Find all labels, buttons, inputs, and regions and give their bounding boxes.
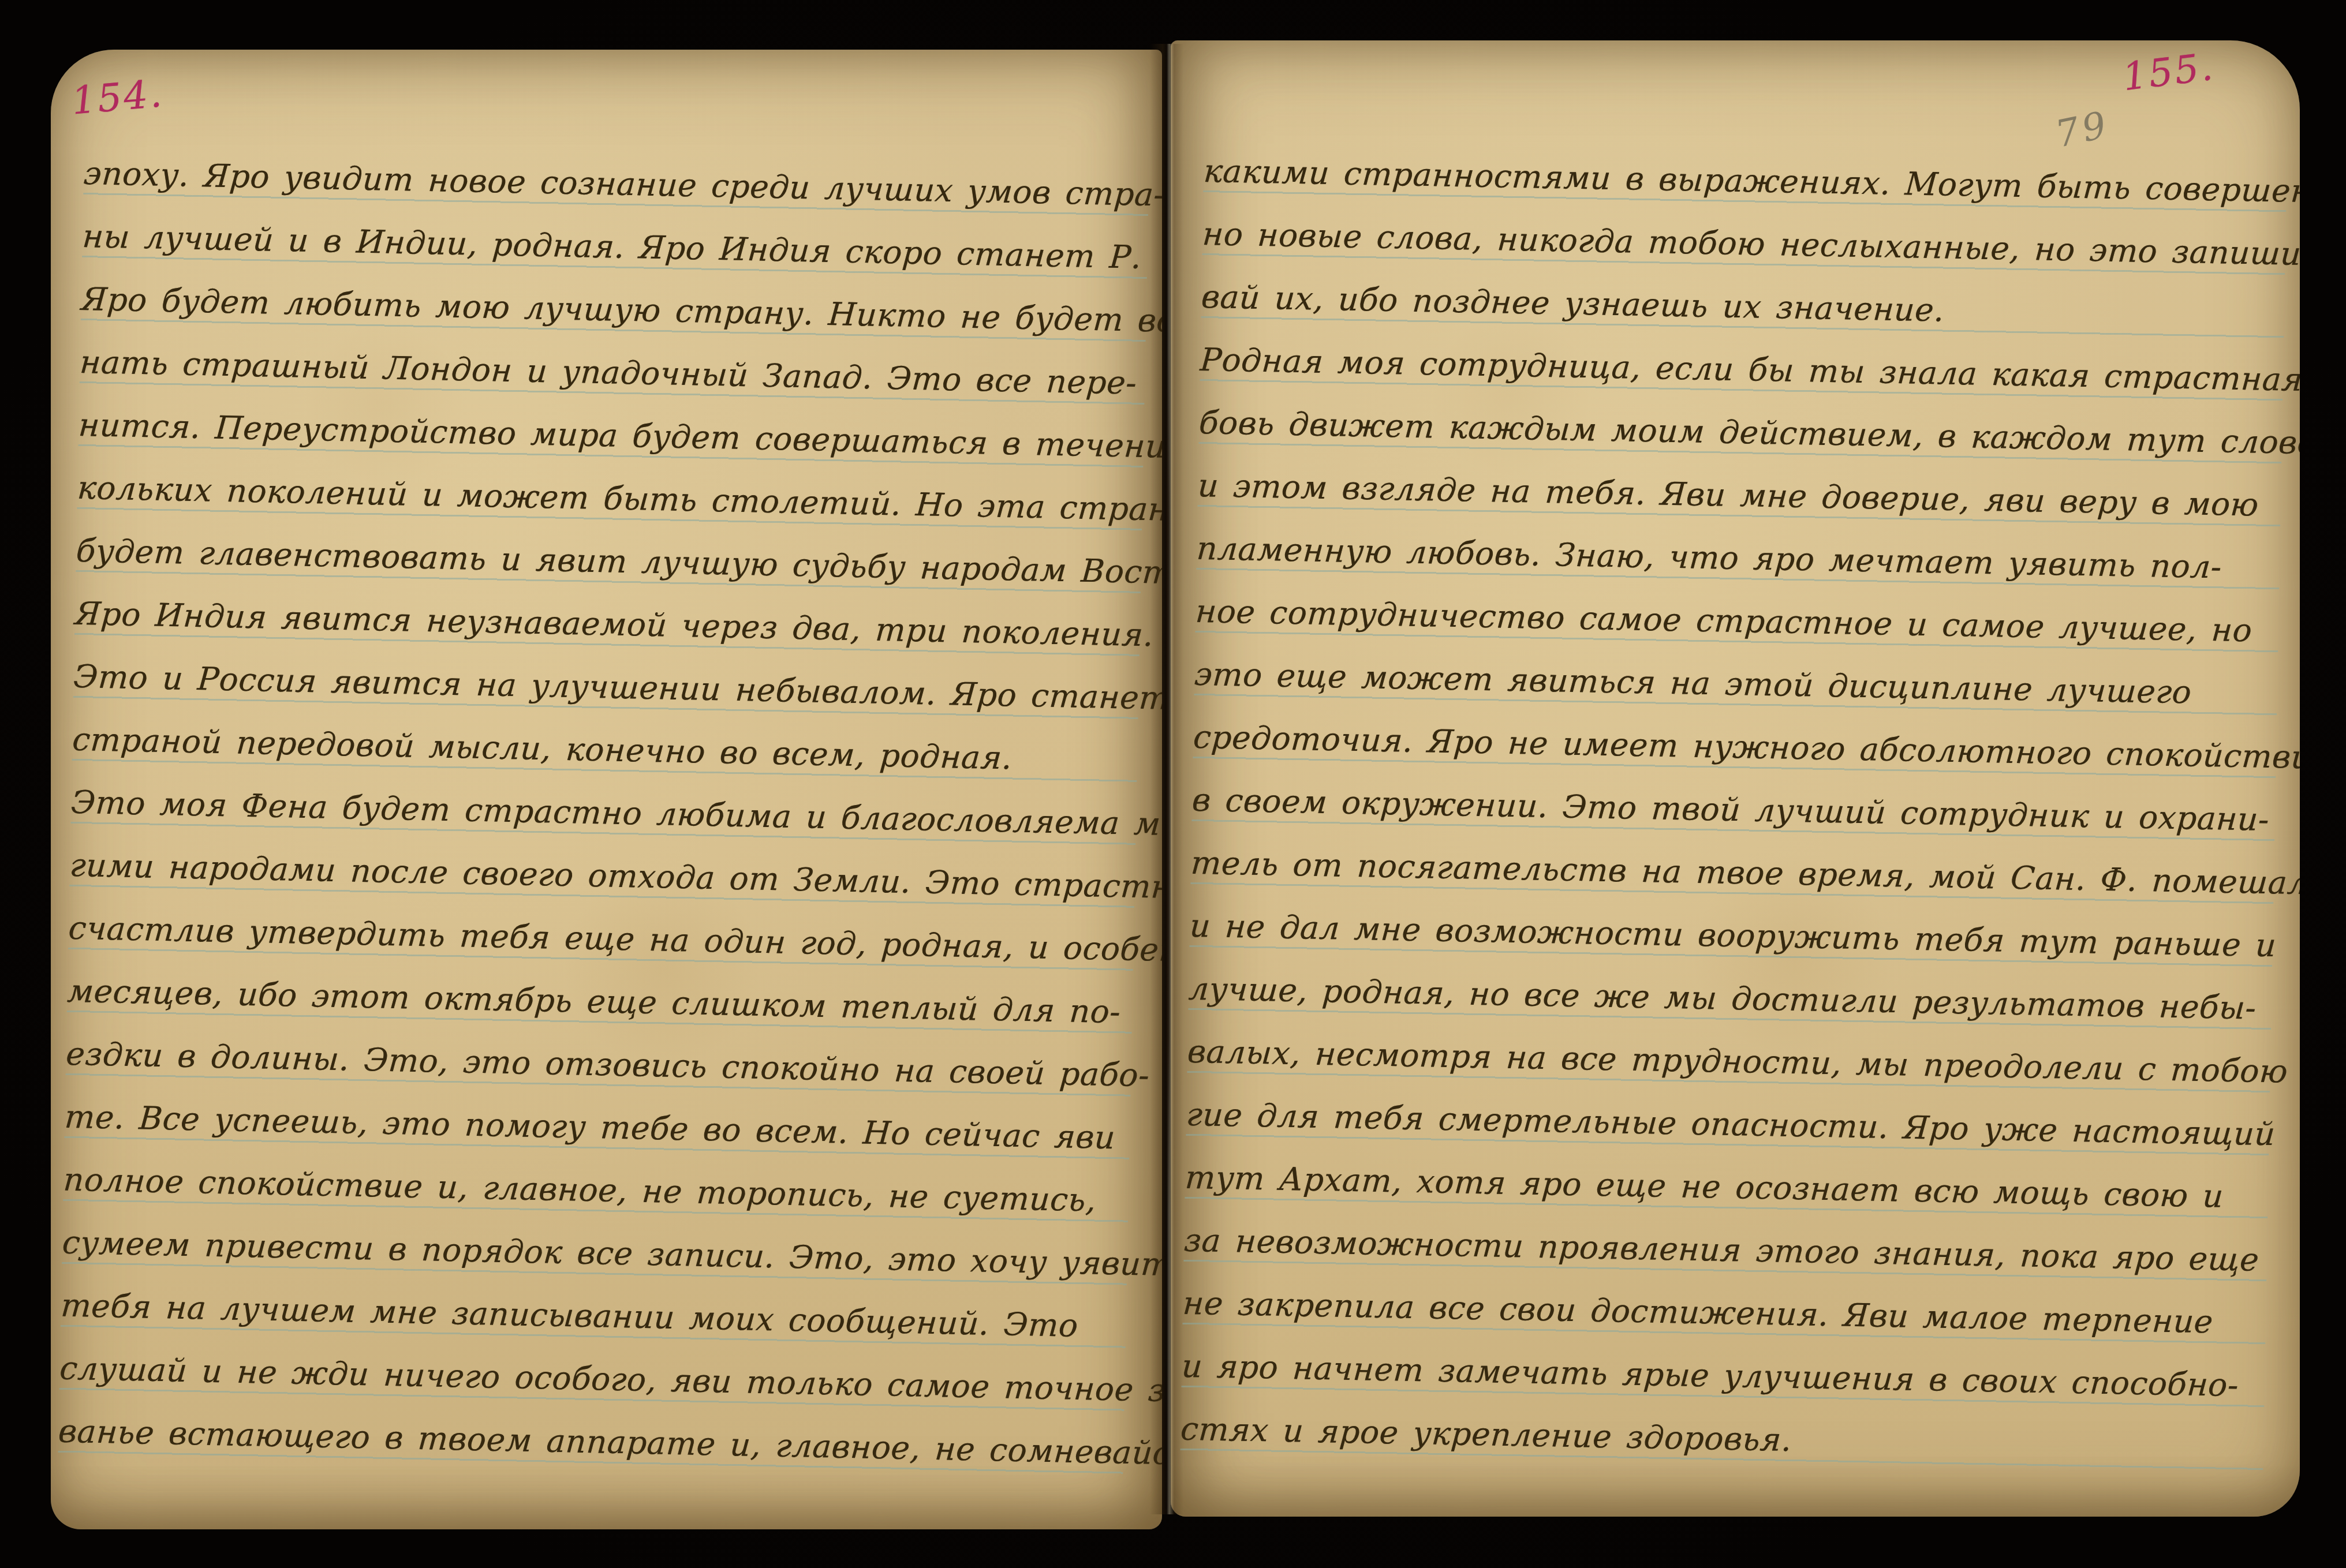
- page-number-right: 155.: [2120, 44, 2217, 100]
- right-page-handwriting: какими странностями в выражениях. Могут …: [1179, 142, 2287, 1517]
- page-right: 155. 79 какими странностями в выражениях…: [1171, 40, 2300, 1517]
- pencil-archive-number: 79: [2052, 103, 2113, 156]
- scanned-notebook-spread: 154. эпоху. Яро увидит новое сознание ср…: [0, 0, 2346, 1568]
- page-number-left: 154.: [70, 71, 165, 124]
- left-page-handwriting: эпоху. Яро увидит новое сознание среди л…: [57, 144, 1149, 1529]
- binding-crease-line: [1166, 346, 1170, 1212]
- page-left: 154. эпоху. Яро увидит новое сознание ср…: [51, 50, 1162, 1529]
